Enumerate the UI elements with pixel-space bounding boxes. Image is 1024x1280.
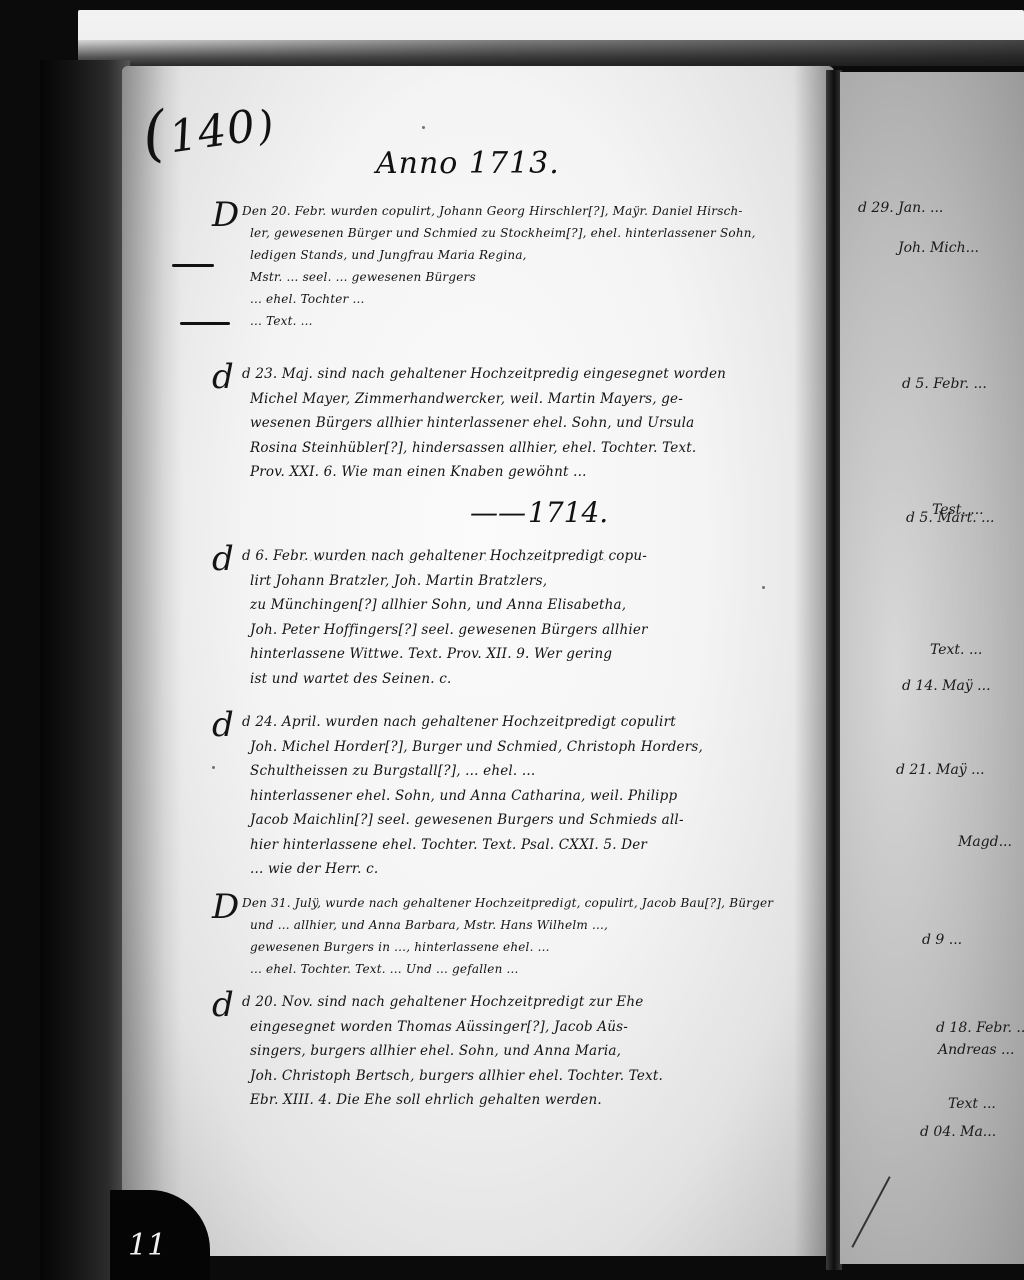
entry-line: Rosina Steinhübler[?], hindersassen allh… <box>242 436 822 461</box>
register-entry: d d 6. Febr. wurden nach gehaltener Hoch… <box>242 544 822 691</box>
entry-line: hinterlassener ehel. Sohn, und Anna Cath… <box>242 784 822 809</box>
entry-marker: d <box>212 542 234 576</box>
pencil-mark <box>851 1176 890 1248</box>
entry-line: Prov. XXI. 6. Wie man einen Knaben gewöh… <box>242 460 822 485</box>
entry-line: Ebr. XIII. 4. Die Ehe soll ehrlich gehal… <box>242 1088 822 1113</box>
entry-line: eingesegnet worden Thomas Aüssinger[?], … <box>242 1015 822 1040</box>
year-heading-1714: 1714. <box>470 496 608 529</box>
entry-line: Joh. Peter Hoffingers[?] seel. gewesenen… <box>242 618 822 643</box>
register-scan: 140 Anno 1713. D Den 20. Febr. wurden co… <box>0 0 1024 1280</box>
entry-line: d 6. Febr. wurden nach gehaltener Hochze… <box>242 544 822 569</box>
right-page-fragment: d 21. Maÿ ... <box>896 762 985 778</box>
entry-line: ... wie der Herr. c. <box>242 857 822 882</box>
right-page-fragment: Andreas ... <box>938 1042 1014 1058</box>
entry-marker: d <box>212 988 234 1022</box>
entry-marker: D <box>212 198 239 232</box>
entry-marker: d <box>212 360 234 394</box>
register-entry: d d 23. Maj. sind nach gehaltener Hochze… <box>242 362 822 485</box>
entry-line: d 23. Maj. sind nach gehaltener Hochzeit… <box>242 362 822 387</box>
register-entry: d d 20. Nov. sind nach gehaltener Hochze… <box>242 990 822 1113</box>
right-page-fragment: d 5. Febr. ... <box>902 376 987 392</box>
adjacent-leaf-edge <box>78 10 1024 66</box>
right-page-fragment: Joh. Mich... <box>898 240 979 256</box>
right-page-fragment: Text. ... <box>930 642 982 658</box>
entry-line: Den 20. Febr. wurden copulirt, Johann Ge… <box>242 200 822 222</box>
entry-line: Joh. Christoph Bertsch, burgers allhier … <box>242 1064 822 1089</box>
register-entry: D Den 31. Julÿ, wurde nach gehaltener Ho… <box>242 892 822 980</box>
entry-line: Jacob Maichlin[?] seel. gewesenen Burger… <box>242 808 822 833</box>
entry-line: singers, burgers allhier ehel. Sohn, und… <box>242 1039 822 1064</box>
right-page-fragment: d 9 ... <box>922 932 962 948</box>
entry-marker: d <box>212 708 234 742</box>
right-page-fragment: d 18. Febr. ... <box>936 1020 1024 1036</box>
entry-line: d 20. Nov. sind nach gehaltener Hochzeit… <box>242 990 822 1015</box>
right-page: d 29. Jan. ... Joh. Mich... d 5. Febr. .… <box>840 72 1024 1264</box>
entry-line: ledigen Stands, und Jungfrau Maria Regin… <box>242 244 822 266</box>
entry-line: ... ehel. Tochter. Text. ... Und ... gef… <box>242 958 822 980</box>
entry-line: ... ehel. Tochter ... <box>242 288 822 310</box>
right-page-fragment: d 5. Mart. ... <box>906 510 994 526</box>
right-page-fragment: d 14. Maÿ ... <box>902 678 991 694</box>
entry-line: ... Text. ... <box>242 310 822 332</box>
register-entry: d d 24. April. wurden nach gehaltener Ho… <box>242 710 822 882</box>
entry-line: hinterlassene Wittwe. Text. Prov. XII. 9… <box>242 642 822 667</box>
year-heading-1713: Anno 1713. <box>376 146 560 181</box>
right-page-fragment: d 04. Ma... <box>920 1124 996 1140</box>
margin-dash <box>180 322 230 325</box>
entry-line: gewesenen Burgers in ..., hinterlassene … <box>242 936 822 958</box>
right-page-fragment: Text ... <box>948 1096 996 1112</box>
paper-speck <box>762 586 765 589</box>
entry-line: zu Münchingen[?] allhier Sohn, und Anna … <box>242 593 822 618</box>
entry-line: ler, gewesenen Bürger und Schmied zu Sto… <box>242 222 822 244</box>
entry-line: Den 31. Julÿ, wurde nach gehaltener Hoch… <box>242 892 822 914</box>
entry-line: Michel Mayer, Zimmerhandwercker, weil. M… <box>242 387 822 412</box>
entry-line: wesenen Bürgers allhier hinterlassener e… <box>242 411 822 436</box>
page-number: 140 <box>138 83 278 171</box>
entry-line: lirt Johann Bratzler, Joh. Martin Bratzl… <box>242 569 822 594</box>
right-page-fragment: Magd... <box>958 834 1012 850</box>
entry-line: Schultheissen zu Burgstall[?], ... ehel.… <box>242 759 822 784</box>
entry-line: Joh. Michel Horder[?], Burger und Schmie… <box>242 735 822 760</box>
entry-marker: D <box>212 890 239 924</box>
entry-line: hier hinterlassene ehel. Tochter. Text. … <box>242 833 822 858</box>
entry-line: Mstr. ... seel. ... gewesenen Bürgers <box>242 266 822 288</box>
entry-line: ist und wartet des Seinen. c. <box>242 667 822 692</box>
paper-speck <box>422 126 425 129</box>
register-entry: D Den 20. Febr. wurden copulirt, Johann … <box>242 200 822 332</box>
entry-line: d 24. April. wurden nach gehaltener Hoch… <box>242 710 822 735</box>
margin-dash <box>172 264 214 267</box>
right-page-fragment: d 29. Jan. ... <box>858 200 943 216</box>
left-page: 140 Anno 1713. D Den 20. Febr. wurden co… <box>122 66 834 1256</box>
book-binding-shadow <box>40 60 130 1280</box>
film-frame-label: 11 <box>128 1228 166 1263</box>
paper-speck <box>212 766 215 769</box>
entry-line: und ... allhier, und Anna Barbara, Mstr.… <box>242 914 822 936</box>
